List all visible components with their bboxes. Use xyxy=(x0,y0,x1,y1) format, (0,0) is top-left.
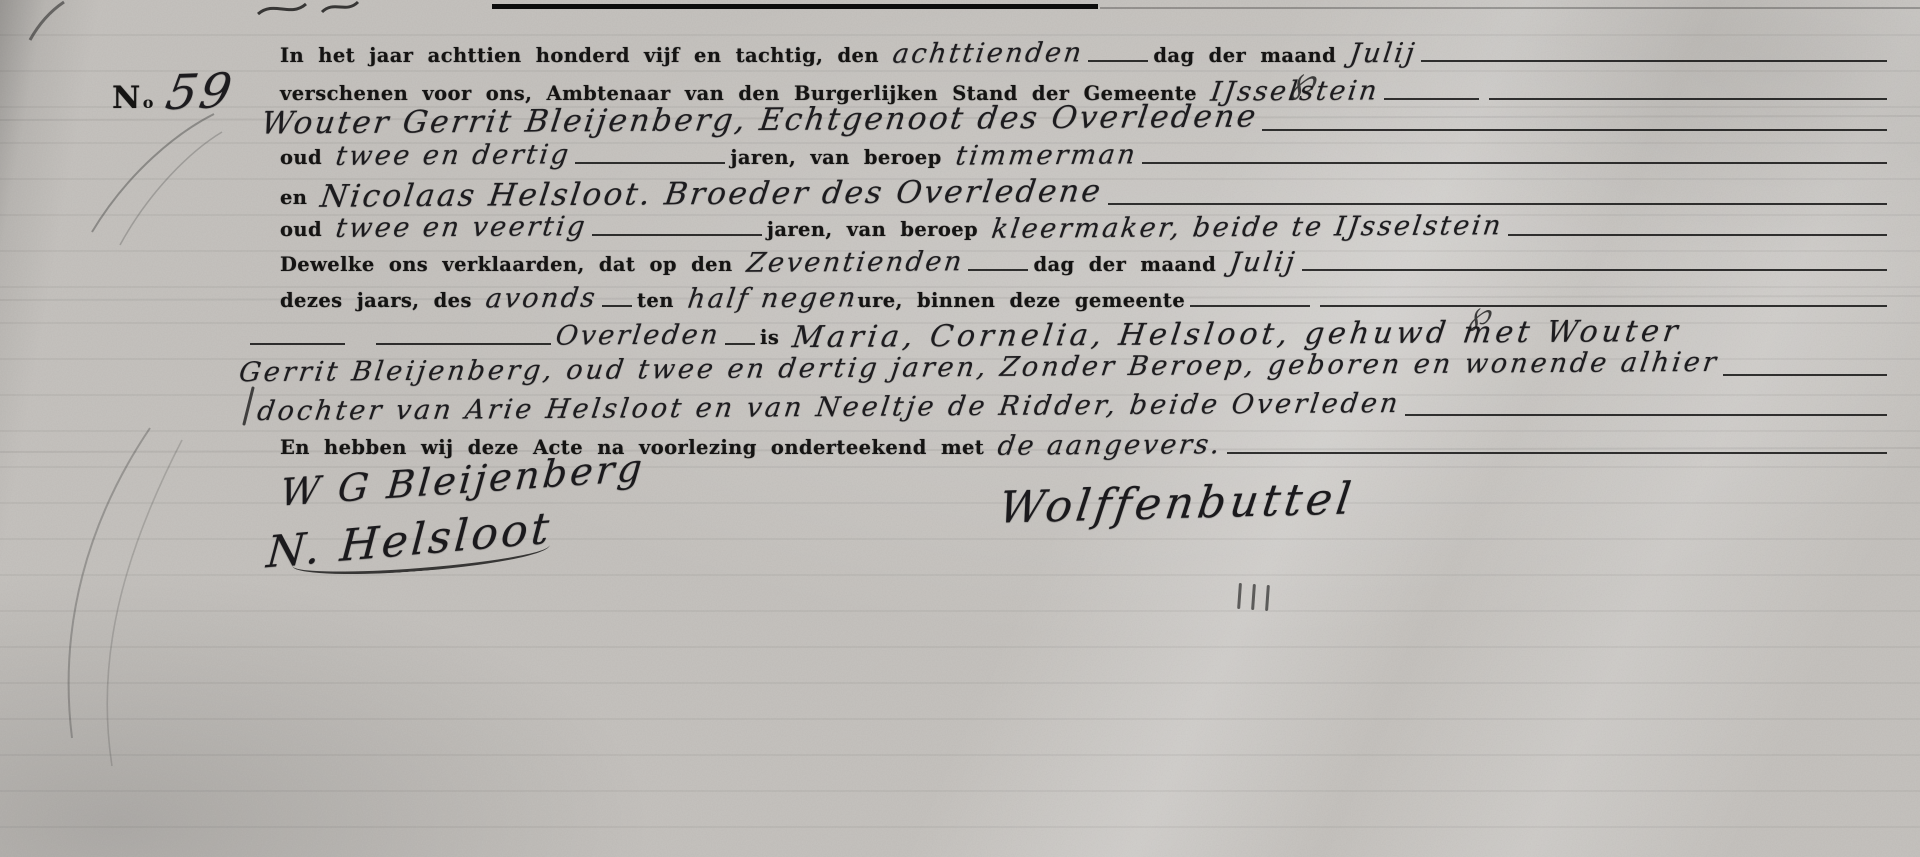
fill-rule xyxy=(1489,98,1887,100)
fill-rule xyxy=(1405,414,1887,416)
fill-rule xyxy=(968,269,1028,271)
handwritten-month: Julij xyxy=(1348,38,1419,69)
top-rule-faint xyxy=(1100,7,1920,9)
printed-text: ten xyxy=(637,289,674,312)
printed-text: dag der maand xyxy=(1033,253,1216,276)
fill-rule xyxy=(1262,129,1887,131)
handwritten-day: achttienden xyxy=(891,37,1086,69)
fill-rule xyxy=(1320,305,1887,307)
line-declarant2: en Nicolaas Helsloot. Broeder des Overle… xyxy=(280,176,1892,212)
handwritten-signers: de aangevers. xyxy=(996,429,1224,462)
fill-rule xyxy=(376,343,551,345)
fill-rule xyxy=(575,162,725,164)
fill-rule xyxy=(1384,98,1479,100)
fill-rule xyxy=(1508,234,1887,236)
act-number: No 59 xyxy=(112,64,234,120)
line-time: dezes jaars, des avonds ten half negen u… xyxy=(280,283,1892,314)
printed-text: oud xyxy=(280,218,322,241)
printed-text: Dewelke ons verklaarden, dat op den xyxy=(280,253,733,276)
flourish-mark: ℘ xyxy=(1468,294,1490,332)
handwritten-parents: dochter van Arie Helsloot en van Neeltje… xyxy=(255,388,1402,427)
printed-text: jaren, van beroep xyxy=(767,218,978,241)
fill-rule xyxy=(602,305,632,307)
fill-rule xyxy=(1142,162,1887,164)
act-number-sup: o xyxy=(143,93,154,112)
fill-rule xyxy=(1421,60,1887,62)
printed-text: is xyxy=(760,326,779,349)
fill-rule xyxy=(1190,305,1310,307)
handwritten-deceased-details: Gerrit Bleijenberg, oud twee en dertig j… xyxy=(237,347,1721,388)
handwritten-occupation: kleermaker, beide te IJsselstein xyxy=(990,210,1505,245)
fill-rule xyxy=(725,343,755,345)
handwritten-age: twee en veertig xyxy=(334,211,589,244)
handwritten-age: twee en dertig xyxy=(334,139,573,172)
line-declarant1: Wouter Gerrit Bleijenberg, Echtgenoot de… xyxy=(262,102,1892,138)
handwritten-day: Zeventienden xyxy=(744,246,965,279)
line-parents: dochter van Arie Helsloot en van Neeltje… xyxy=(258,392,1892,423)
handwritten-hour: half negen xyxy=(686,282,860,314)
handwritten-month: Julij xyxy=(1228,247,1299,278)
fill-rule xyxy=(1227,452,1887,454)
fill-rule xyxy=(1723,374,1887,376)
printed-text: dezes jaars, des xyxy=(280,289,472,312)
fill-rule xyxy=(1302,269,1887,271)
act-number-prefix: N xyxy=(112,80,141,116)
line-year-day: In het jaar achttien honderd vijf en tac… xyxy=(280,38,1892,69)
line-declarant2-age: oud twee en veertig jaren, van beroep kl… xyxy=(280,212,1892,243)
printed-text: jaren, van beroep xyxy=(730,146,941,169)
fill-rule xyxy=(1088,60,1148,62)
fill-rule xyxy=(250,343,345,345)
printed-text: en xyxy=(280,186,307,209)
handwritten-declarant2-name: Nicolaas Helsloot. Broeder des Overleden… xyxy=(319,173,1106,214)
top-rule xyxy=(492,4,1098,9)
handwritten-daypart: avonds xyxy=(484,283,599,315)
line-declarant1-age: oud twee en dertig jaren, van beroep tim… xyxy=(280,140,1892,171)
signature-registrar: Wolffenbuttel xyxy=(996,473,1358,533)
pen-marks xyxy=(1237,583,1270,611)
pen-stroke xyxy=(242,386,255,426)
line-declaration-date: Dewelke ons verklaarden, dat op den Zeve… xyxy=(280,247,1892,278)
fill-rule xyxy=(1108,203,1888,205)
flourish-mark: ℘ xyxy=(1290,60,1315,101)
handwritten-overleden: Overleden xyxy=(554,319,722,351)
death-certificate-scan: No 59 In het jaar achttien honderd vijf … xyxy=(0,0,1920,857)
line-deceased-details: Gerrit Bleijenberg, oud twee en dertig j… xyxy=(240,352,1892,383)
handwritten-occupation: timmerman xyxy=(953,139,1138,171)
handwritten-declarant1-name: Wouter Gerrit Bleijenberg, Echtgenoot de… xyxy=(259,99,1260,142)
act-number-value: 59 xyxy=(162,63,238,121)
printed-text: In het jaar achttien honderd vijf en tac… xyxy=(280,44,879,67)
printed-text: oud xyxy=(280,146,322,169)
fill-rule xyxy=(592,234,762,236)
printed-text: ure, binnen deze gemeente xyxy=(858,289,1186,312)
